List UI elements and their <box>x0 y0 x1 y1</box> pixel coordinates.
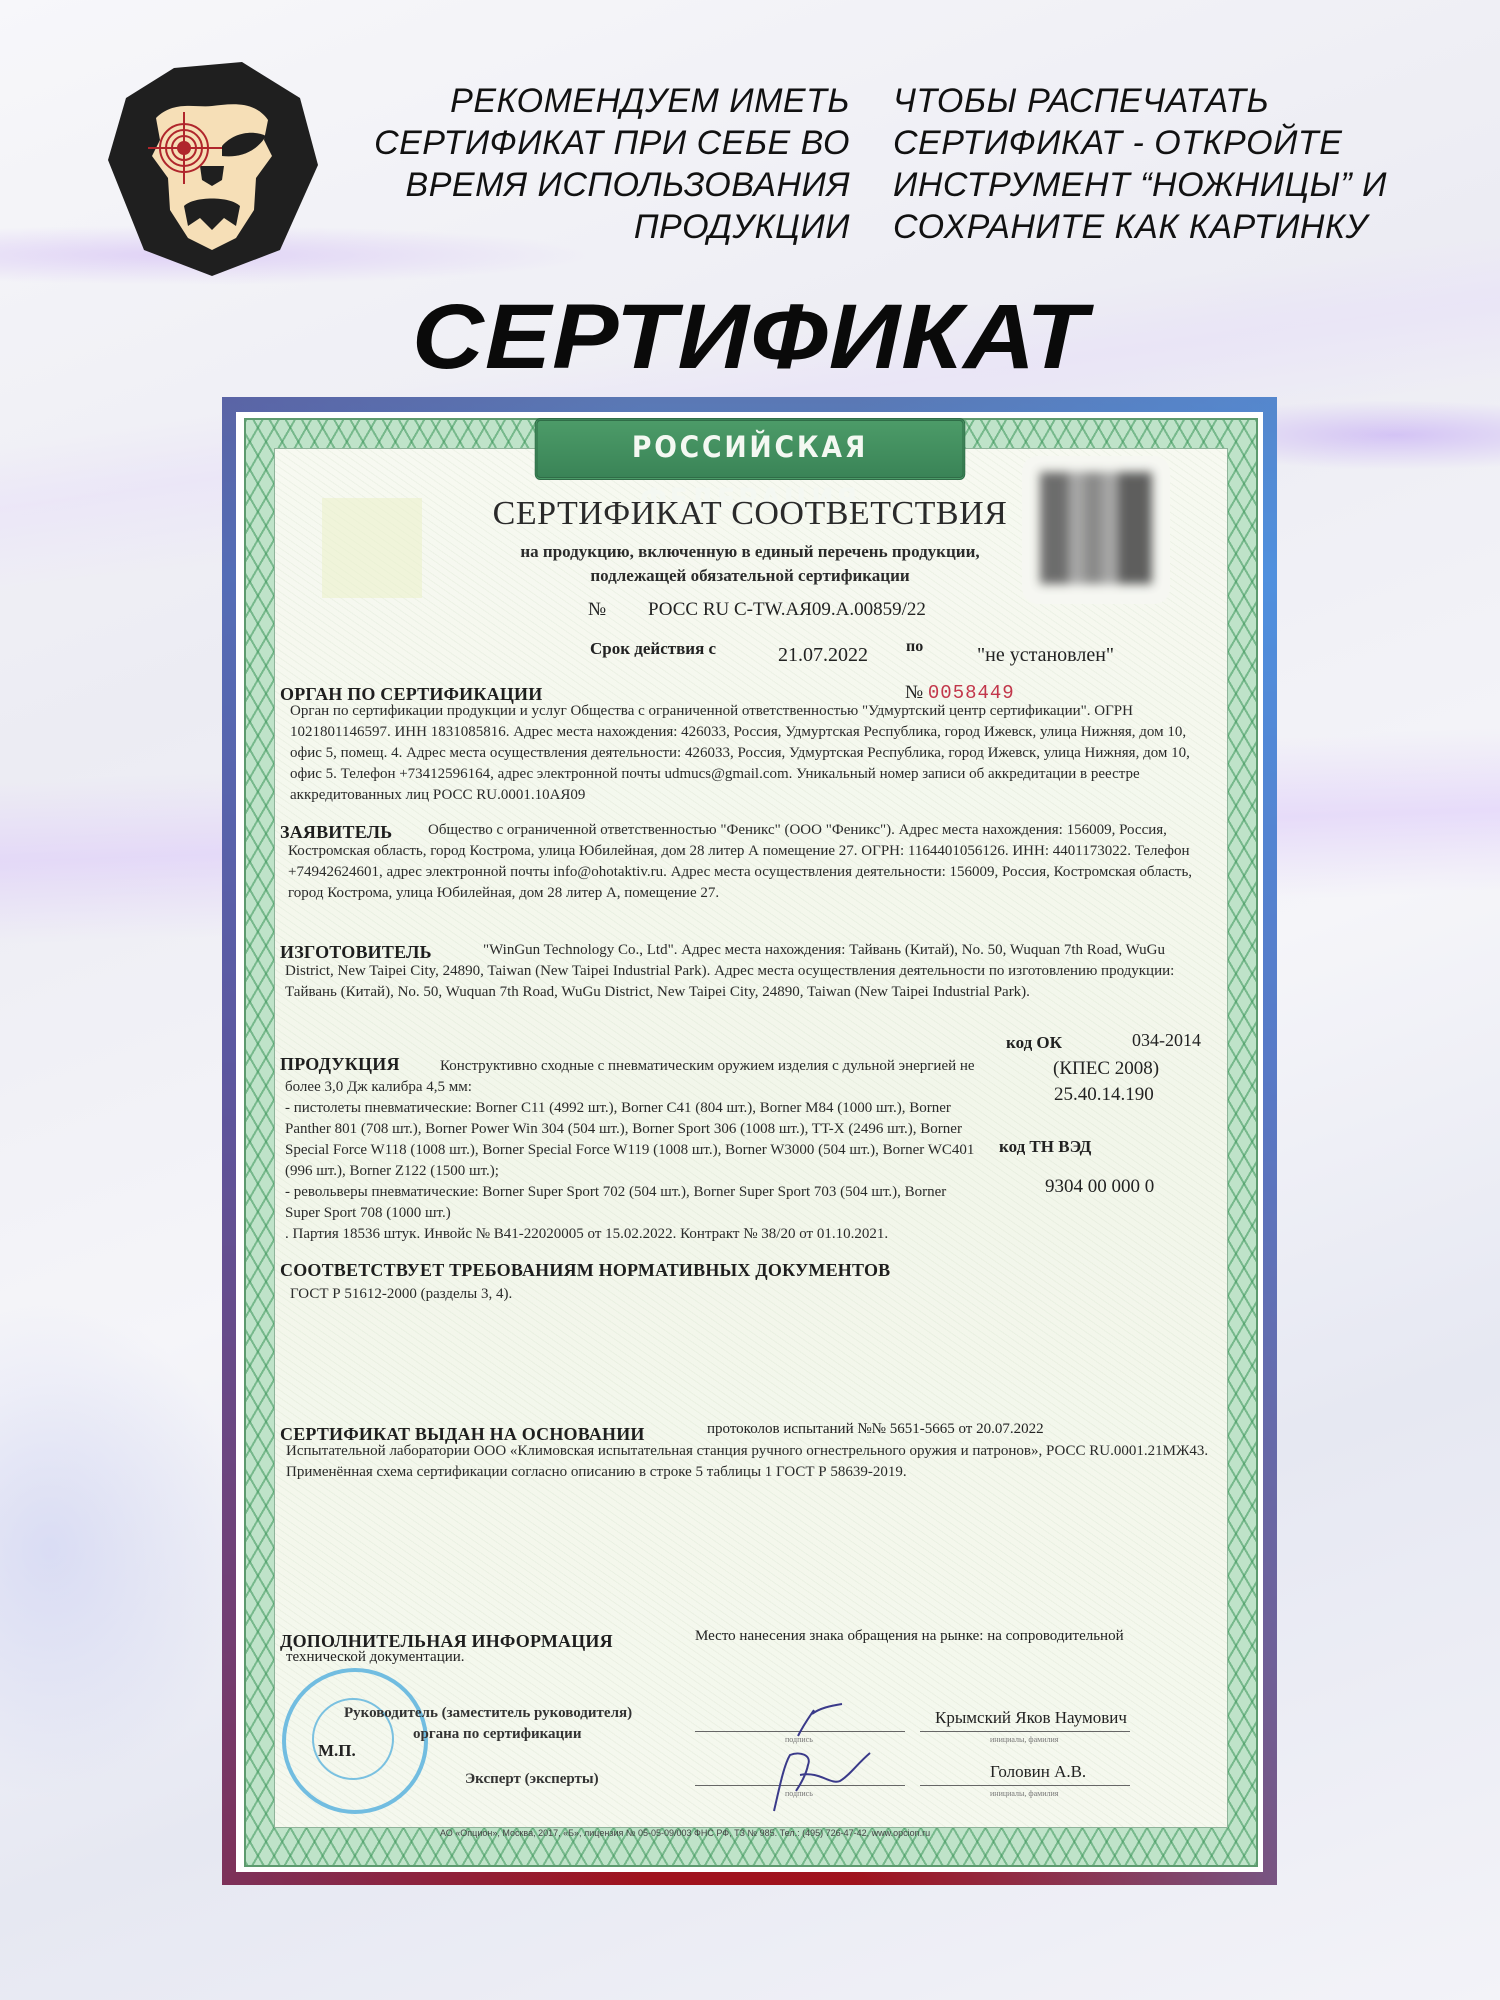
tnved-label: код ТН ВЭД <box>999 1137 1091 1157</box>
note-line: ПРОДУКЦИИ <box>330 206 850 248</box>
tnved-value: 9304 00 000 0 <box>1045 1176 1154 1198</box>
applicant-text: Общество с ограниченной ответственностью… <box>288 820 1210 904</box>
printer-imprint: АО «Опцион», Москва, 2017, «Б», лицензия… <box>440 1828 930 1838</box>
certificate-number: РОСС RU C-TW.АЯ09.А.00859/22 <box>648 599 926 621</box>
name-caption: инициалы, фамилия <box>990 1735 1058 1744</box>
organ-text: Орган по сертификации продукции и услуг … <box>290 701 1210 806</box>
head-role-label: Руководитель (заместитель руководителя) <box>344 1705 632 1722</box>
note-line: РЕКОМЕНДУЕМ ИМЕТЬ <box>330 80 850 122</box>
name-caption: инициалы, фамилия <box>990 1789 1058 1798</box>
basis-text: Испытательной лаборатории ООО «Климовска… <box>286 1441 1216 1483</box>
conformity-heading: СООТВЕТСТВУЕТ ТРЕБОВАНИЯМ НОРМАТИВНЫХ ДО… <box>280 1260 890 1281</box>
signature-icon <box>790 1700 860 1740</box>
certificate-subtitle: на продукцию, включенную в единый перече… <box>274 542 1226 562</box>
note-line: СОХРАНИТЕ КАК КАРТИНКУ <box>893 206 1453 248</box>
name-line <box>920 1731 1130 1732</box>
note-line: ИНСТРУМЕНТ “НОЖНИЦЫ” И <box>893 164 1453 206</box>
validity-from: 21.07.2022 <box>778 644 868 667</box>
ok-code-value: 034-2014 <box>1132 1030 1201 1051</box>
signature-icon <box>760 1745 900 1815</box>
additional-lead: Место нанесения знака обращения на рынке… <box>695 1628 1124 1645</box>
stamp-place-label: М.П. <box>318 1741 356 1761</box>
expert-name: Головин А.В. <box>990 1762 1086 1782</box>
russian-federation-banner: РОССИЙСКАЯ ФЕДЕРАЦИЯ <box>535 418 966 480</box>
carry-certificate-note: РЕКОМЕНДУЕМ ИМЕТЬ СЕРТИФИКАТ ПРИ СЕБЕ ВО… <box>330 80 850 248</box>
validity-to: "не установлен" <box>977 644 1114 667</box>
number-sign: № <box>588 599 606 621</box>
page-title: СЕРТИФИКАТ <box>0 285 1500 390</box>
head-role-label: органа по сертификации <box>413 1726 581 1743</box>
validity-label: Срок действия с <box>590 639 716 659</box>
kpes-code: 25.40.14.190 <box>1054 1084 1154 1106</box>
lion-target-shield-icon <box>104 60 320 278</box>
note-line: ЧТОБЫ РАСПЕЧАТАТЬ <box>893 80 1453 122</box>
conformity-text: ГОСТ Р 51612-2000 (разделы 3, 4). <box>290 1284 512 1305</box>
certificate-subtitle: подлежащей обязательной сертификации <box>274 566 1226 586</box>
print-instructions-note: ЧТОБЫ РАСПЕЧАТАТЬ СЕРТИФИКАТ - ОТКРОЙТЕ … <box>893 80 1453 248</box>
kpes-label: (КПЕС 2008) <box>1053 1058 1159 1080</box>
serial-sign: № <box>905 682 923 703</box>
head-name: Крымский Яков Наумович <box>935 1708 1127 1728</box>
note-line: СЕРТИФИКАТ ПРИ СЕБЕ ВО <box>330 122 850 164</box>
product-text: Конструктивно сходные с пневматическим о… <box>285 1056 985 1245</box>
name-line <box>920 1785 1130 1786</box>
expert-role-label: Эксперт (эксперты) <box>465 1771 599 1788</box>
validity-to-label: по <box>906 638 923 656</box>
note-line: ВРЕМЯ ИСПОЛЬЗОВАНИЯ <box>330 164 850 206</box>
manufacturer-text: "WinGun Technology Co., Ltd". Адрес мест… <box>285 940 1210 1003</box>
background-streak <box>0 1300 250 1800</box>
ok-code-label: код ОК <box>1006 1033 1062 1053</box>
additional-text: технической документации. <box>286 1649 465 1666</box>
certificate-title: СЕРТИФИКАТ СООТВЕТСТВИЯ <box>274 495 1226 533</box>
basis-lead: протоколов испытаний №№ 5651-5665 от 20.… <box>707 1421 1044 1438</box>
note-line: СЕРТИФИКАТ - ОТКРОЙТЕ <box>893 122 1453 164</box>
